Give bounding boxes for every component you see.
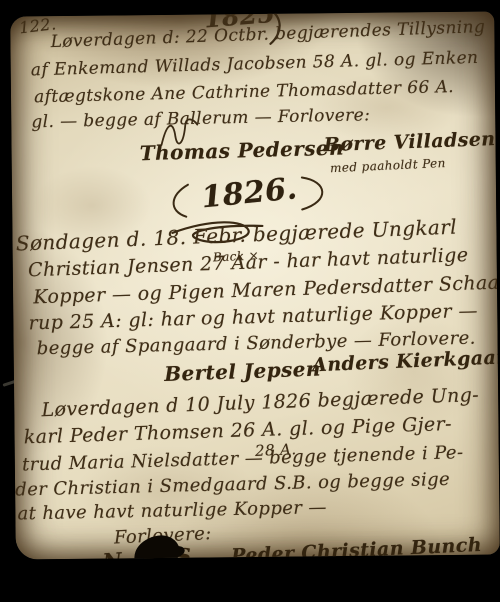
signature-bertel-jepsen: Bertel Jepsen [164,356,321,385]
signature-thomas-pedersen: Thomas Pedersen [139,136,344,166]
register-page-scan: 122. 1825 Løverdagen d: 22 Octbr. begjær… [0,0,500,602]
paper-page: 122. 1825 Løverdagen d: 22 Octbr. begjær… [10,11,500,559]
entry1825-line4: gl. — begge af Ballerum — Forlovere: [31,105,370,132]
entry1825-line2: af Enkemand Willads Jacobsen 58 A. gl. o… [31,48,479,80]
signature-borre-villadsen: Børre Villadsen [323,128,495,156]
year-heading-1826: 1826. [200,171,299,215]
signature-note: med paaholdt Pen [330,156,446,175]
entry1825-line3: aftægtskone Ane Cathrine Thomasdatter 66… [34,77,454,107]
entryjul-line5: at have havt naturlige Kopper — [17,497,327,524]
signature-peder-christian-bunch: Peder Christian Bunch [231,534,483,560]
